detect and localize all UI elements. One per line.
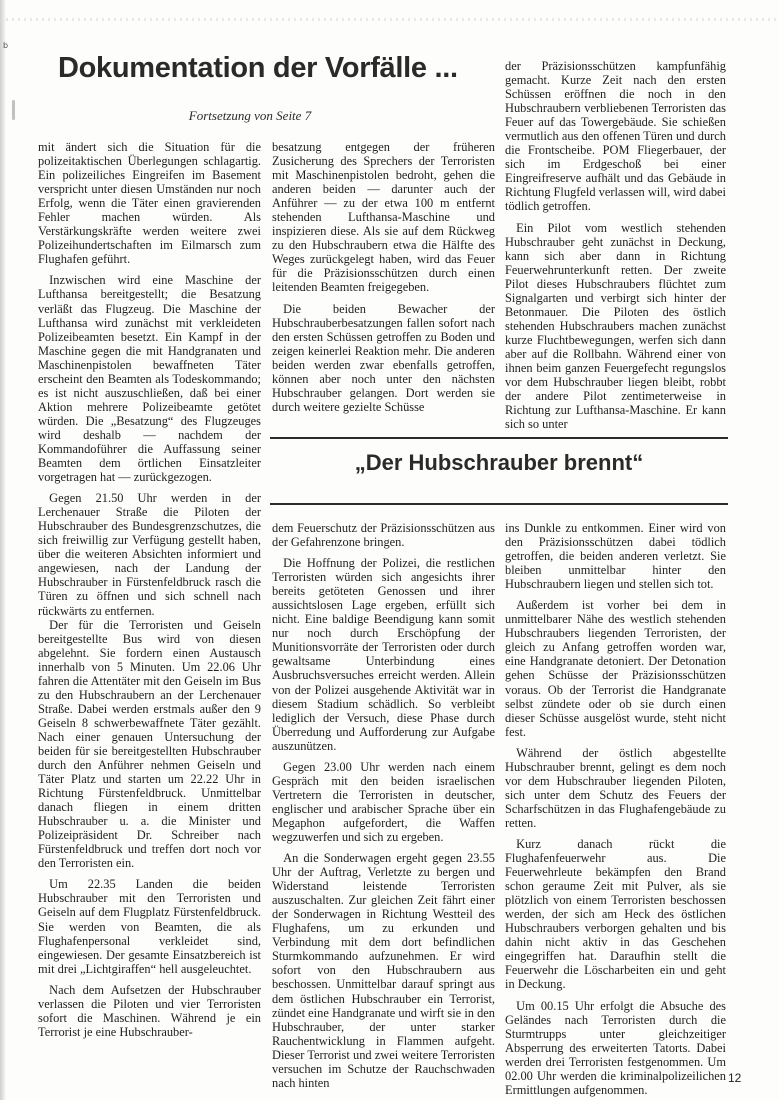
divider-rule-bottom (270, 503, 728, 505)
paragraph: der Präzisionsschützen kampfunfähig gema… (505, 59, 726, 214)
column-3-top: der Präzisionsschützen kampfunfähig gema… (505, 59, 726, 438)
paragraph: besatzung entgegen der früheren Zusicher… (272, 140, 495, 295)
paragraph: Nach dem Aufsetzen der Hubschrauber verl… (38, 983, 261, 1039)
scan-edge-shadow (0, 0, 6, 1100)
headline: Dokumentation der Vorfälle ... (58, 52, 458, 85)
paragraph: Inzwischen wird eine Maschine der Luftha… (38, 273, 261, 484)
subheading: „Der Hubschrauber brennt“ (270, 450, 728, 476)
paragraph: Während der östlich abgestellte Hubschra… (505, 746, 726, 830)
divider-rule-top (270, 437, 728, 439)
continuation-note: Fortsetzung von Seite 7 (0, 108, 500, 124)
paragraph: Die beiden Bewacher der Hubschrauberbesa… (272, 302, 495, 414)
paragraph: Die Hoffnung der Polizei, die restlichen… (272, 556, 495, 753)
paragraph: Gegen 23.00 Uhr werden nach einem Gesprä… (272, 760, 495, 844)
column-2-top: besatzung entgegen der früheren Zusicher… (272, 140, 495, 421)
paragraph: dem Feuerschutz der Präzisionsschützen a… (272, 521, 495, 549)
column-2-bottom: dem Feuerschutz der Präzisionsschützen a… (272, 521, 495, 1097)
paragraph: Gegen 21.50 Uhr werden in der Lerchenaue… (38, 491, 261, 617)
paragraph: Außerdem ist vorher bei dem in unmittelb… (505, 598, 726, 738)
page-number: 12 (728, 1071, 741, 1085)
paragraph: An die Sonderwagen ergeht gegen 23.55 Uh… (272, 851, 495, 1090)
paragraph: Um 22.35 Landen die beiden Hubschrauber … (38, 877, 261, 975)
scan-noise (0, 18, 779, 21)
margin-mark: b (3, 41, 8, 50)
paragraph: ins Dunkle zu entkommen. Einer wird von … (505, 521, 726, 591)
paragraph: mit ändert sich die Situation für die po… (38, 140, 261, 266)
column-1: mit ändert sich die Situation für die po… (38, 140, 261, 1046)
column-3-bottom: ins Dunkle zu entkommen. Einer wird von … (505, 521, 726, 1100)
paragraph: Kurz danach rückt die Flughafenfeuerwehr… (505, 837, 726, 992)
paragraph: Ein Pilot vom westlich stehenden Hubschr… (505, 221, 726, 432)
paragraph: Um 00.15 Uhr erfolgt die Absuche des Gel… (505, 999, 726, 1097)
paragraph: Der für die Terroristen und Geiseln bere… (38, 618, 261, 871)
